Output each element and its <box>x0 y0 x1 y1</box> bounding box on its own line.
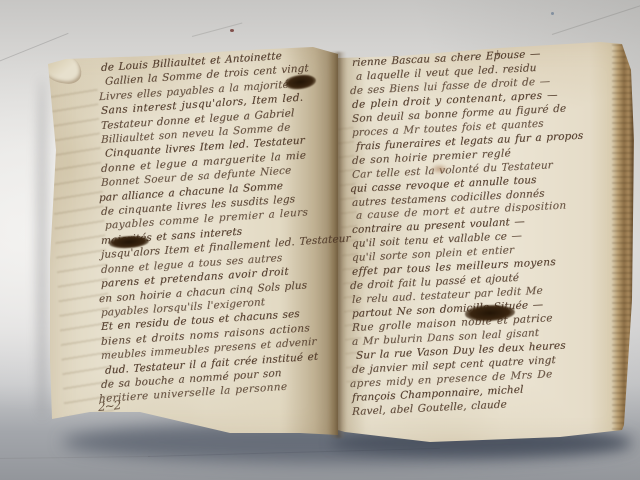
page-cast-shadow <box>36 78 48 418</box>
surface-scratch <box>192 23 242 37</box>
surface-scratch <box>0 33 69 63</box>
photograph-background: de Louis Billiaultet et AntoinetteGallie… <box>0 0 640 480</box>
red-speck <box>230 29 234 32</box>
surface-scratch <box>0 456 150 459</box>
signature-paraph: 2~2 <box>97 398 120 414</box>
blue-speck <box>551 12 554 15</box>
cross-mark: + <box>494 49 502 59</box>
left-page-text: de Louis Billiaultet et AntoinetteGallie… <box>101 45 337 406</box>
rust-stain <box>431 164 448 174</box>
surface-scratch <box>552 4 640 35</box>
torn-corner <box>42 50 84 86</box>
right-page-text: rienne Bascau sa chere Epouse —a laquell… <box>352 44 624 420</box>
